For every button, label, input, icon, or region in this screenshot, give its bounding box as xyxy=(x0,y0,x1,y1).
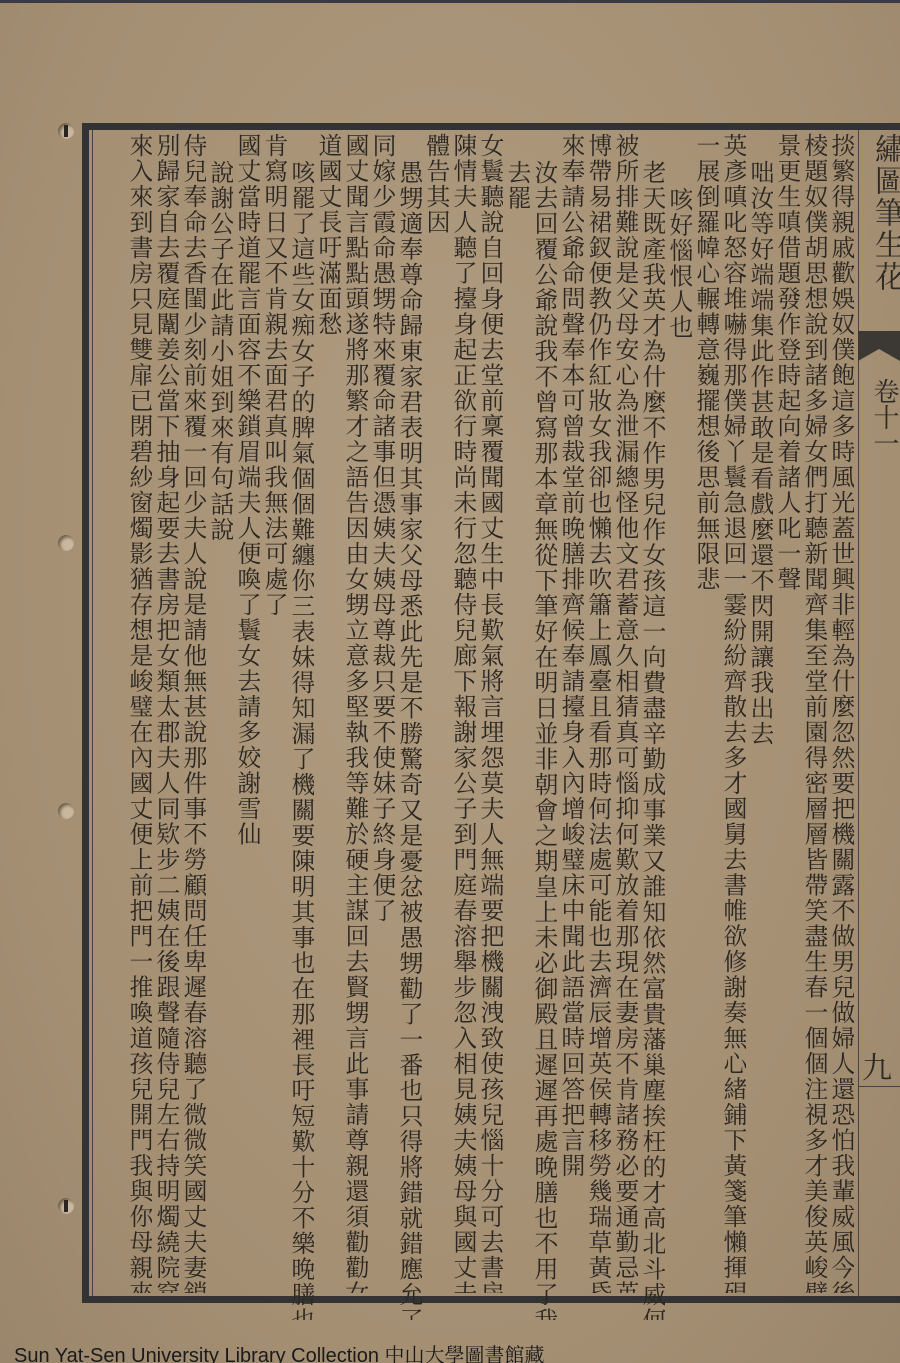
text-column: 國丈聞言點點頭遂將那繁才之語告因由女甥立意多堅執我等難於硬主謀回去賢甥言此事請尊… xyxy=(341,133,368,1293)
page-number: 九 xyxy=(862,1043,892,1087)
text-column: 景更生嗔借題發作登時起向着諸人叱一聲 xyxy=(773,133,800,1293)
text-columns: 掞繁得親戚歡娛奴僕飽這多時風光蓋世興非輕為什麼忽然要把機關露不做男兒做婦人還恐怕… xyxy=(96,133,854,1293)
text-column: 體告其因 xyxy=(422,133,449,1293)
running-title: 繡圖筆生花 xyxy=(864,133,900,293)
text-column: 同嫁少霞命愚甥特來覆命諸事但憑姨夫姨母尊裁只要不使妹子終身便了 xyxy=(368,133,395,1293)
binding-thread-icon xyxy=(64,125,68,137)
text-column: 棱題奴僕胡思想說到諸多婦女們打聽新聞齊集至堂前園得密層層皆帶笑盡生春一個個注視多… xyxy=(800,133,827,1293)
text-column: 國丈當時道罷言面容不樂鎖眉端夫人便喚了鬟女去請多姣謝雪仙 xyxy=(233,133,260,1293)
text-column: 咳罷了這些女痴女子的脾氣個個難纏你三表妹得知漏了機關要陳明其事也在那裡長吁短歎十… xyxy=(287,133,314,1320)
text-column: 咳好惱恨人也 xyxy=(665,133,692,1347)
text-column: 陳情夫人聽了擡身起正欲行時尚未行忽聽侍兒廊下報謝家公子到門庭春溶舉步忽入相見姨夫… xyxy=(449,133,476,1293)
text-column: 汝去回覆公爺說我不曾寫那本章無從下筆好在明日並非朝會之期皇上未必御殿且遲遲再處晚… xyxy=(530,133,557,1320)
text-column: 老天既產我英才為什麼不作男兒作女孩這一向費盡辛勤成事業又誰知依然富貴藩巢塵挨枉的… xyxy=(638,133,665,1320)
text-column: 侍兒奉命去香閨少刻前來覆一回少夫人說是請他無甚說那件事不勞顧問任卑遲春溶聽了微微… xyxy=(179,133,206,1293)
text-column: 女鬟聽說自回身便去堂前稟覆聞國丈生中長歎氣將言埋怨莫夫人無端要把機關洩致使孩兒惱… xyxy=(476,133,503,1293)
text-column: 道國丈長吁滿面愁 xyxy=(314,133,341,1293)
volume-label: 卷十一 xyxy=(866,378,900,456)
collection-watermark: Sun Yat-Sen University Library Collectio… xyxy=(14,1339,545,1363)
text-column: 愚甥適奉尊命歸東家君表明其事家父母悉此先是不勝驚奇又是憂忿被愚甥勸了一番也只得將… xyxy=(395,133,422,1320)
text-column: 來入來到書房只見雙扉已閉碧紗窗燭影猶存想是峻璧在內國丈便上前把門一推喚道孩兒開門… xyxy=(125,133,152,1293)
binding-hole-icon xyxy=(58,803,74,819)
text-column: 咄汝等好端端集此作甚敢是看戲麼還不閃開讓我出去 xyxy=(746,133,773,1320)
text-column: 博帶易裙釵便教仍作紅妝女我卻也懶去吹簫上鳳臺且看那時何法處可能也去濟辰增英侯轉移… xyxy=(584,133,611,1293)
text-column: 肯寫明日又不肯親去面君真叫我無法可處了 xyxy=(260,133,287,1293)
text-column: 一展倒羅幃心輾轉意巍擺想後思前無限悲 xyxy=(692,133,719,1293)
text-column: 掞繁得親戚歡娛奴僕飽這多時風光蓋世興非輕為什麼忽然要把機關露不做男兒做婦人還恐怕… xyxy=(827,133,854,1293)
text-column: 英彥嗔叱怒容堆嚇得那僕婦丫鬟急退回一霎紛紛齊散去多才國舅去書帷欲修謝奏無心緒鋪下… xyxy=(719,133,746,1293)
center-fold-strip xyxy=(858,130,900,1296)
text-column: 說謝公子在此請小姐到來有句話說 xyxy=(206,133,233,1320)
scanned-page: 繡圖筆生花 卷十一 九 掞繁得親戚歡娛奴僕飽這多時風光蓋世興非輕為什麼忽然要把機… xyxy=(0,0,900,1363)
text-column: 被所排難說是父母安心為泄漏總怪他文君蓄意久相猜真可惱抑何歎放着那現在妻房不肯諸務… xyxy=(611,133,638,1293)
text-column: 去罷 xyxy=(503,133,530,1320)
binding-thread-icon xyxy=(64,1200,68,1212)
text-column: 來奉請公爺命問聲奉本可曾裁堂前晚膳排齊候奉請擡身入內增峻璧床中聞此語當時回答把言… xyxy=(557,133,584,1293)
text-column: 別歸家自去覆庭闈姜公當下抽身起要去書房把女類太郡夫人同欵步二姨在後跟聲隨侍兒左右… xyxy=(152,133,179,1293)
binding-hole-icon xyxy=(58,535,74,551)
